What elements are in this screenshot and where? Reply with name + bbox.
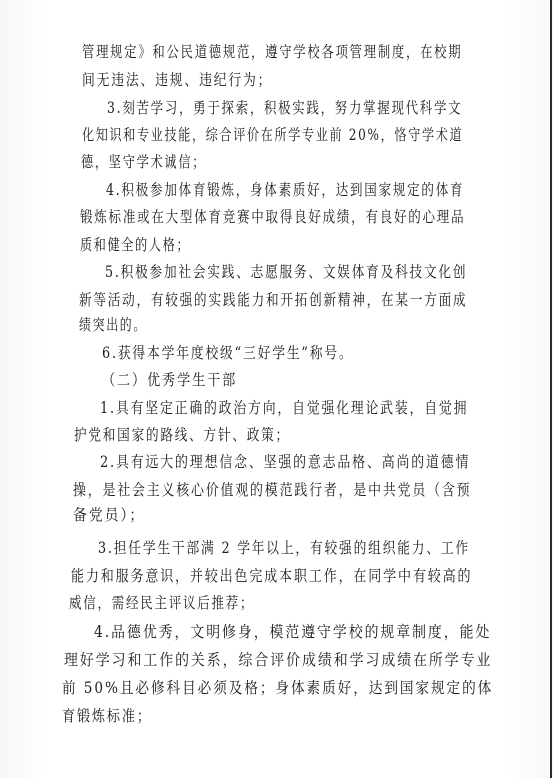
document-text-line: 管理规定》和公民道德规范，遵守学校各项管理制度，在校期	[82, 42, 462, 62]
document-text-line: 德，坚守学术诚信；	[81, 152, 206, 172]
document-text-line: 新等活动，有较强的实践能力和开拓创新精神，在某一方面成	[79, 290, 467, 310]
document-text-line: 6.获得本学年度校级“三好学生”称号。	[102, 343, 354, 363]
document-text-line: 锻炼标准或在大型体育竞赛中取得良好成绩，有良好的心理品	[80, 207, 465, 227]
page-edge-shadow	[550, 0, 552, 778]
document-text-line: 育锻炼标准；	[62, 706, 152, 726]
document-text-line: 4.品德优秀，文明修身，模范遵守学校的规章制度，能处	[94, 622, 491, 642]
document-text-line: 能力和服务意识，并较出色完成本职工作，在同学中有较高的	[71, 566, 472, 586]
document-text-line: 护党和国家的路线、方针、政策；	[74, 425, 290, 445]
document-text-line: 3.担任学生干部满 2 学年以上，有较强的组织能力、工作	[98, 538, 470, 558]
document-text-line: 化知识和专业技能，综合评价在所学专业前 20%，恪守学术道	[82, 125, 463, 145]
document-text-line: 前 50%且必修科目必须及格；身体素质好，达到国家规定的体	[62, 678, 493, 698]
document-text-line: 操，是社会主义核心价值观的模范践行者，是中共党员（含预	[73, 480, 471, 500]
document-text-line: 质和健全的人格；	[80, 235, 190, 255]
document-text-line: 4.积极参加体育锻炼，身体素质好，达到国家规定的体育	[106, 180, 464, 200]
document-text-line: 理好学习和工作的关系，综合评价成绩和学习成绩在所学专业	[64, 650, 492, 670]
document-text-line: 绩突出的。	[79, 315, 147, 335]
document-text-line: 威信，需经民主评议后推荐；	[69, 593, 254, 613]
document-text-line: 5.积极参加社会实践、志愿服务、文娱体育及科技文化创	[105, 262, 467, 282]
document-text-line: （二）优秀学生干部	[102, 370, 237, 390]
document-text-line: 3.刻苦学习，勇于探索，积极实践，努力掌握现代科学文	[107, 98, 462, 118]
scanned-document-page: 管理规定》和公民道德规范，遵守学校各项管理制度，在校期间无违法、违规、违纪行为；…	[0, 0, 553, 778]
document-text-line: 1.具有坚定正确的政治方向，自觉强化理论武装，自觉拥	[100, 398, 468, 418]
document-text-line: 2.具有远大的理想信念、坚强的意志品格、高尚的道德情	[100, 452, 470, 472]
document-text-line: 间无违法、违规、违纪行为；	[82, 70, 272, 90]
document-text-line: 备党员）；	[73, 505, 145, 525]
